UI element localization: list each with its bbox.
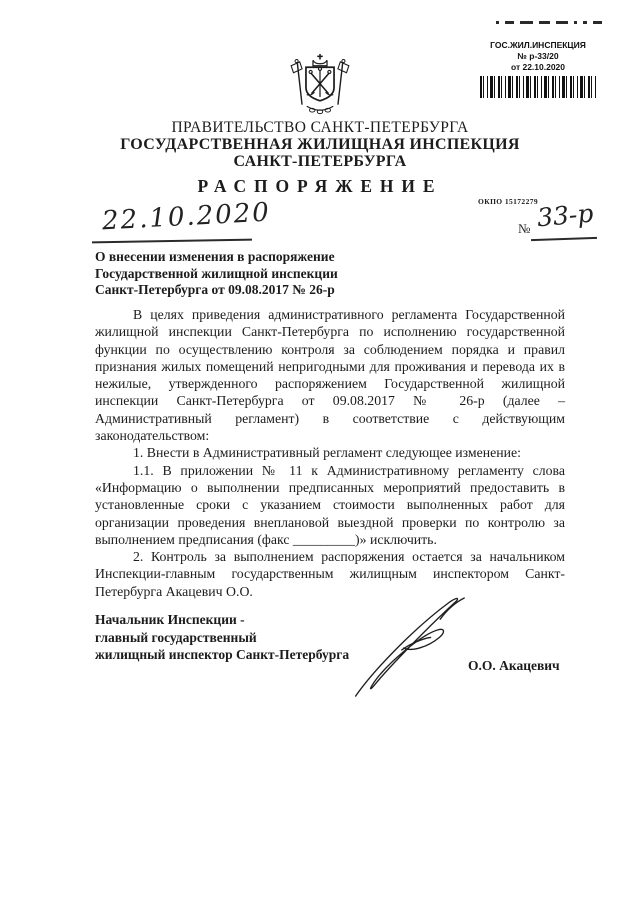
coat-of-arms-icon	[281, 53, 359, 119]
document-type-title: РАСПОРЯЖЕНИЕ	[0, 177, 640, 196]
stamp-org-line: ГОС.ЖИЛ.ИНСПЕКЦИЯ	[478, 40, 598, 51]
signature-scribble	[346, 595, 471, 708]
number-sign-label: №	[518, 221, 530, 237]
document-page: ГОС.ЖИЛ.ИНСПЕКЦИЯ № р-33/20 от 22.10.202…	[0, 0, 640, 905]
okpo-code: ОКПО 15172279	[478, 197, 538, 206]
registration-stamp: ГОС.ЖИЛ.ИНСПЕКЦИЯ № р-33/20 от 22.10.202…	[478, 40, 598, 98]
subject-line3: Санкт-Петербурга от 09.08.2017 № 26-р	[95, 282, 425, 299]
signatory-title-line2: главный государственный	[95, 629, 349, 647]
document-body: В целях приведения административного рег…	[95, 306, 565, 600]
organization-name-line1: ГОСУДАРСТВЕННАЯ ЖИЛИЩНАЯ ИНСПЕКЦИЯ	[0, 136, 640, 153]
handwritten-date: 22.10.2020	[101, 198, 271, 237]
scan-artifact-dashes	[496, 13, 608, 17]
body-paragraph-preamble: В целях приведения административного рег…	[95, 306, 565, 444]
subject-line2: Государственной жилищной инспекции	[95, 266, 425, 283]
body-paragraph-item2: 2. Контроль за выполнением распоряжения …	[95, 548, 565, 600]
body-paragraph-item1-1: 1.1. В приложении № 11 к Административно…	[95, 462, 565, 548]
body-paragraph-item1: 1. Внести в Административный регламент с…	[95, 444, 565, 461]
organization-name-line2: САНКТ-ПЕТЕРБУРГА	[0, 153, 640, 170]
subject-line1: О внесении изменения в распоряжение	[95, 249, 425, 266]
stamp-date-line: от 22.10.2020	[478, 62, 598, 73]
stamp-number-line: № р-33/20	[478, 51, 598, 62]
signatory-title-line3: жилищный инспектор Санкт-Петербурга	[95, 646, 349, 664]
government-title: ПРАВИТЕЛЬСТВО САНКТ-ПЕТЕРБУРГА	[0, 119, 640, 136]
document-subject: О внесении изменения в распоряжение Госу…	[95, 249, 425, 299]
handwritten-document-number: 33-р	[536, 199, 595, 233]
signatory-title-line1: Начальник Инспекции -	[95, 611, 349, 629]
signatory-title: Начальник Инспекции - главный государств…	[95, 611, 349, 664]
number-underline	[531, 237, 597, 241]
signatory-name: О.О. Акацевич	[468, 658, 560, 674]
date-underline	[92, 239, 252, 244]
document-header: ПРАВИТЕЛЬСТВО САНКТ-ПЕТЕРБУРГА ГОСУДАРСТ…	[0, 119, 640, 196]
barcode	[480, 76, 596, 98]
